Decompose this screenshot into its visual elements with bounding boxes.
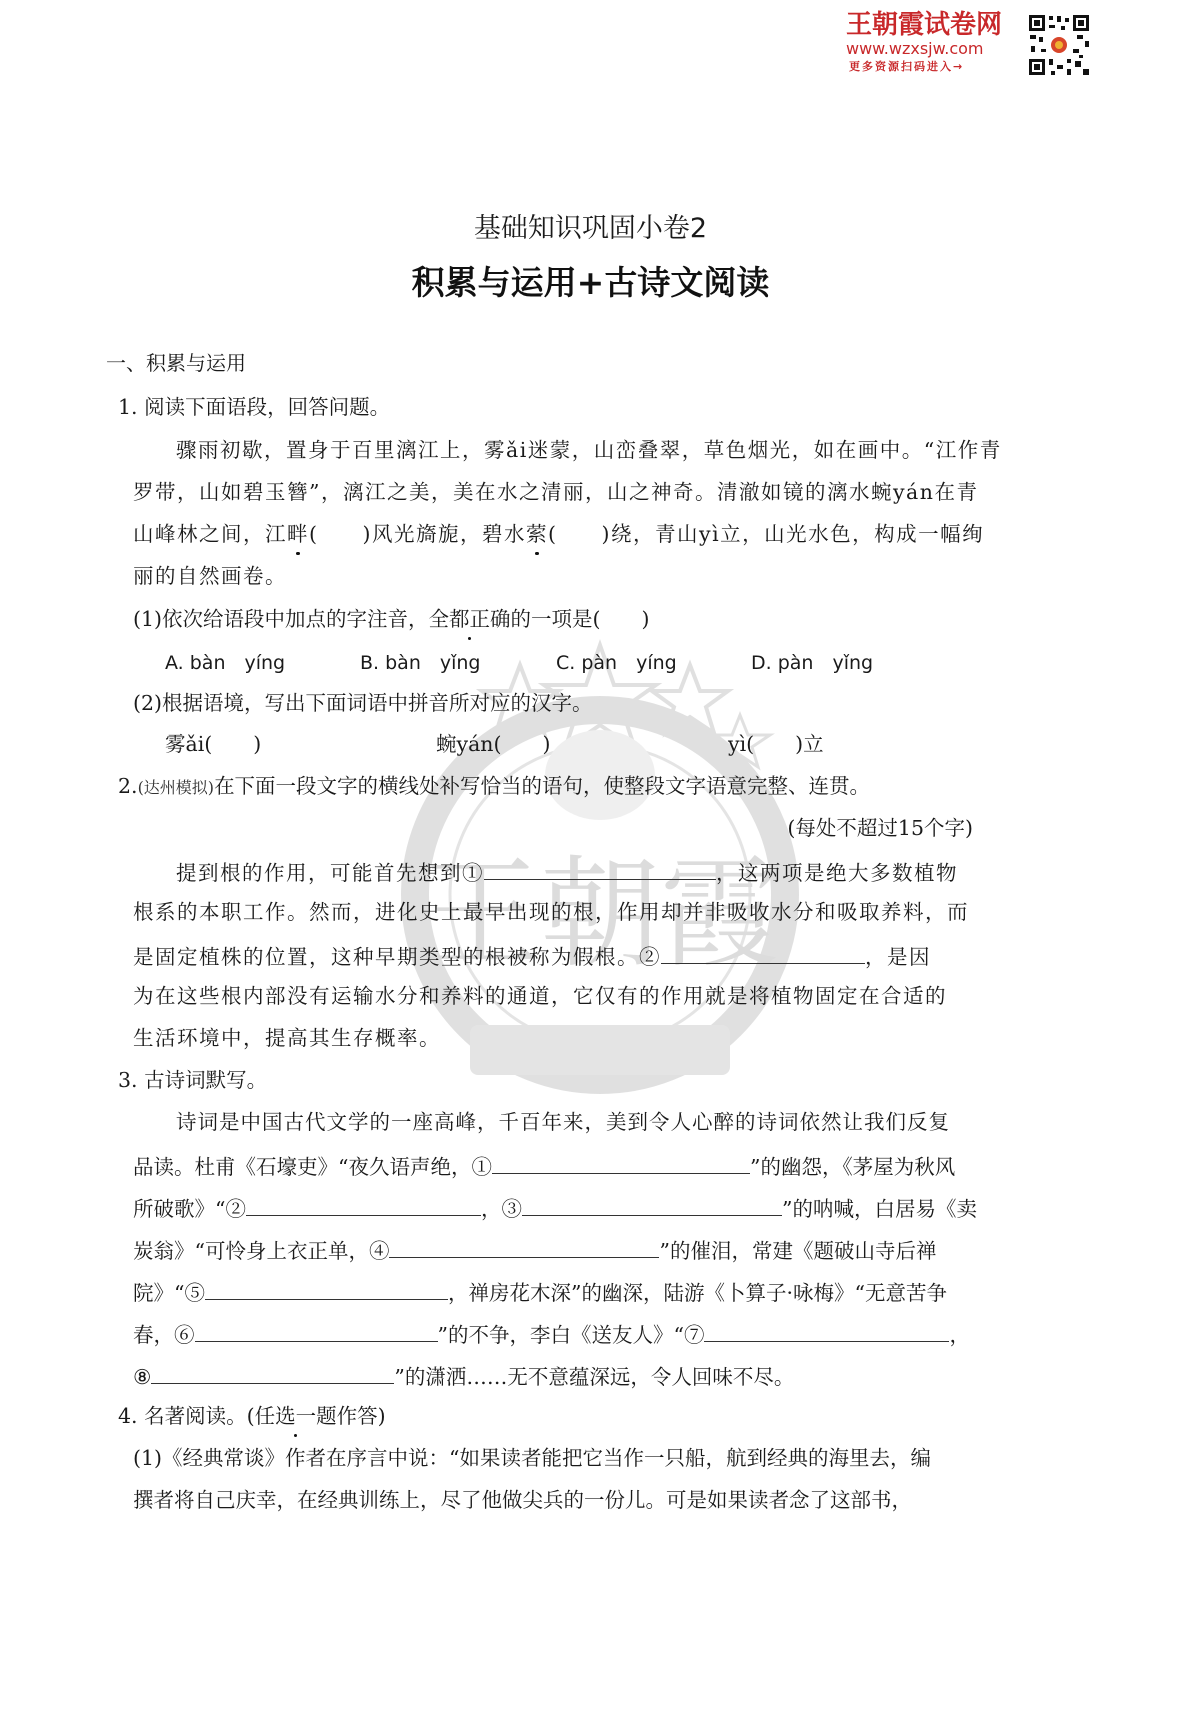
q3-passage-line: 院》“⑤，禅房花木深”的幽深，陆游《卜算子·咏梅》“无意苦争 [133, 1277, 947, 1306]
site-logo-url[interactable]: www.wzxsjw.com [846, 40, 983, 58]
text: ”的幽怨，《茅屋为秋风 [750, 1155, 955, 1179]
text: 作答) [337, 1404, 386, 1428]
q2-passage-line: 为在这些根内部没有运输水分和养料的通道，它仅有的作用就是将植物固定在合适的 [133, 983, 947, 1009]
text: ，这两项是绝大多数植物 [716, 861, 958, 885]
text: ，禅房花木深”的幽深，陆游《卜算子·咏梅》“无意苦争 [448, 1281, 947, 1305]
answer-blank-2[interactable] [661, 941, 865, 964]
text: ，③ [481, 1197, 522, 1221]
text: ”的不争，李白《送友人》“⑦ [438, 1323, 705, 1347]
q4-sub1-line: (1)《经典常谈》作者在序言中说：“如果读者能把它当作一只船，航到经典的海里去，… [133, 1445, 931, 1471]
text: 院》“⑤ [133, 1281, 205, 1305]
q1-sub2-stem: (2)根据语境，写出下面词语中拼音所对应的汉字。 [133, 690, 593, 716]
q2-passage-line: 是固定植株的位置，这种早期类型的根被称为假根。②，是因 [133, 941, 931, 970]
text: ”的呐喊，白居易《卖 [782, 1197, 977, 1221]
text: 春，⑥ [133, 1323, 195, 1347]
q4-sub1-line: 撰者将自己庆幸，在经典训练上，尽了他做尖兵的一份儿。可是如果读者念了这部书， [133, 1487, 912, 1513]
q1-passage-line: 骤雨初歇，置身于百里漓江上，雾ǎi迷蒙，山峦叠翠，草色烟光，如在画中。“江作青 [176, 437, 1002, 463]
option-d[interactable]: D. pàn yǐng [751, 648, 873, 675]
option-b[interactable]: B. bàn yǐng [360, 648, 481, 675]
paper-subtitle: 基础知识巩固小卷2 [0, 212, 1181, 246]
site-logo-title: 王朝霞试卷网 [846, 10, 1002, 40]
section-heading: 一、积累与运用 [106, 350, 246, 376]
q3-passage-line: 品读。杜甫《石壕吏》“夜久语声绝，①”的幽怨，《茅屋为秋风 [133, 1151, 955, 1180]
poem-blank-2[interactable] [246, 1193, 481, 1216]
q3-stem: 3. 古诗词默写。 [118, 1067, 267, 1093]
q1-stem: 1. 阅读下面语段，回答问题。 [118, 394, 390, 420]
option-c[interactable]: C. pàn yíng [556, 648, 677, 675]
text: 的一项是( ) [511, 607, 650, 631]
text: ⑧ [133, 1365, 151, 1389]
text: ”的潇洒……无不意蕴深远，令人回味不尽。 [394, 1365, 794, 1389]
text: 山峰林之间，江 [133, 522, 287, 546]
text: ”的催泪，常建《题破山寺后禅 [659, 1239, 936, 1263]
text: (1)依次给语段中加点的字注音， [133, 607, 429, 631]
text: ， [949, 1323, 970, 1347]
q1-sub2-item[interactable]: 雾ǎi( ) [165, 731, 261, 757]
q2-stem: 2.(达州模拟)在下面一段文字的横线处补写恰当的语句，使整段文字语意完整、连贯。 [118, 773, 870, 801]
q1-passage-line: 山峰林之间，江畔( )风光旖旎，碧水萦( )绕，青山yì立，山光水色，构成一幅绚 [133, 521, 984, 547]
poem-blank-5[interactable] [205, 1277, 448, 1300]
q2-passage-line: 提到根的作用，可能首先想到①，这两项是绝大多数植物 [176, 857, 958, 886]
q2-passage-line: 生活环境中，提高其生存概率。 [133, 1025, 441, 1051]
q3-passage-line: ⑧”的潇洒……无不意蕴深远，令人回味不尽。 [133, 1361, 794, 1390]
paper-title: 积累与运用+古诗文阅读 [0, 263, 1181, 303]
q2-number: 2. [118, 774, 138, 798]
text: 品读。杜甫《石壕吏》“夜久语声绝，① [133, 1155, 492, 1179]
text: 提到根的作用，可能首先想到① [176, 861, 484, 885]
q2-stem-text: 在下面一段文字的横线处补写恰当的语句，使整段文字语意完整、连贯。 [214, 774, 870, 798]
text: 所破歌》“② [133, 1197, 246, 1221]
dotted-char: 畔 [287, 522, 309, 546]
q1-passage-line: 罗带，山如碧玉簪”，漓江之美，美在水之清丽，山之神奇。清澈如镜的漓水蜿yán在青 [133, 479, 978, 505]
q2-limit: (每处不超过15个字) [787, 815, 973, 841]
poem-blank-4[interactable] [389, 1235, 659, 1258]
text: 是固定植株的位置，这种早期类型的根被称为假根。② [133, 945, 661, 969]
poem-blank-8[interactable] [151, 1361, 394, 1384]
q1-sub1-stem: (1)依次给语段中加点的字注音，全都正确的一项是( ) [133, 606, 650, 632]
dotted-char: 萦 [526, 522, 548, 546]
site-logo-subtitle: 更多资源扫码进入→ [849, 60, 964, 74]
text: 4. 名著阅读。( [118, 1404, 255, 1428]
text: ( )风光旖旎，碧水 [309, 522, 526, 546]
answer-blank-1[interactable] [484, 857, 716, 880]
q1-sub2-item[interactable]: 蜿yán( ) [436, 731, 551, 757]
poem-blank-1[interactable] [492, 1151, 750, 1174]
q4-stem: 4. 名著阅读。(任选一题作答) [118, 1403, 386, 1429]
qr-code-icon[interactable] [1027, 13, 1091, 77]
q2-passage-line: 根系的本职工作。然而，进化史上最早出现的根，作用却并非吸收水分和吸取养料，而 [133, 899, 969, 925]
q3-passage-line: 诗词是中国古代文学的一座高峰，千百年来，美到令人心醉的诗词依然让我们反复 [176, 1109, 950, 1135]
q1-sub2-item[interactable]: yì( )立 [728, 731, 824, 757]
poem-blank-7[interactable] [704, 1319, 949, 1342]
poem-blank-6[interactable] [195, 1319, 438, 1342]
q3-passage-line: 炭翁》“可怜身上衣正单，④”的催泪，常建《题破山寺后禅 [133, 1235, 936, 1264]
text: 炭翁》“可怜身上衣正单，④ [133, 1239, 389, 1263]
text: ( )绕，青山yì立，山光水色，构成一幅绚 [548, 522, 984, 546]
q3-passage-line: 春，⑥”的不争，李白《送友人》“⑦， [133, 1319, 970, 1348]
q2-source: (达州模拟) [138, 778, 215, 797]
text: ，是因 [865, 945, 931, 969]
option-a[interactable]: A. bàn yíng [165, 648, 285, 675]
q3-passage-line: 所破歌》“②，③”的呐喊，白居易《卖 [133, 1193, 977, 1222]
dotted-text: 任选一题 [255, 1404, 337, 1428]
dotted-text: 全都正确 [429, 607, 511, 631]
poem-blank-3[interactable] [522, 1193, 782, 1216]
q1-passage-line: 丽的自然画卷。 [133, 563, 287, 589]
